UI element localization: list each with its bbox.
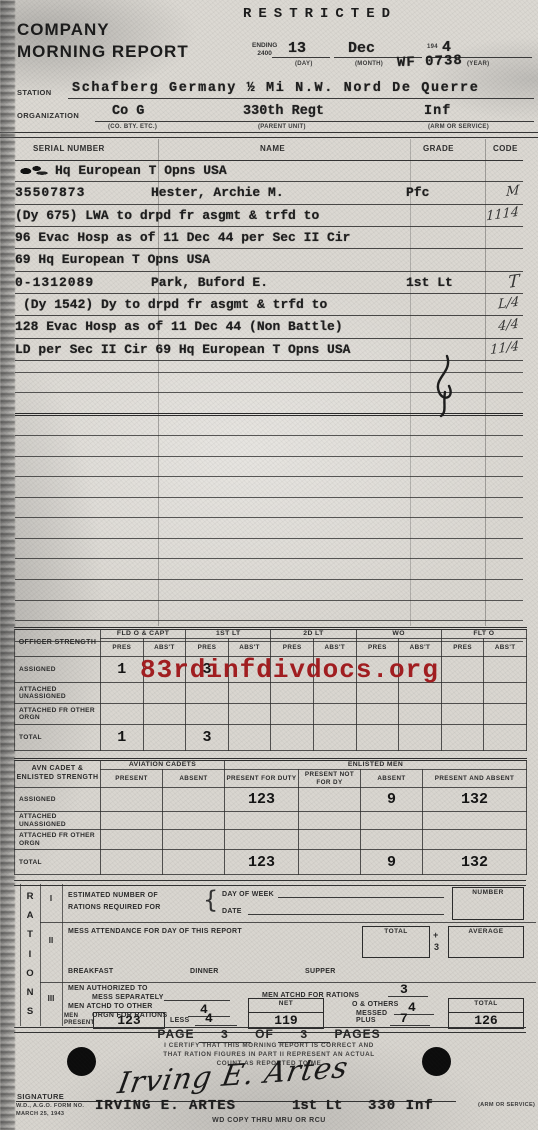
table-corner-label: AVN CADET & ENLISTED STRENGTH: [15, 760, 101, 788]
organization-company: Co G: [112, 104, 144, 119]
entry-text: 96 Evac Hosp as of 11 Dec 44 per Sec II …: [15, 230, 350, 245]
strength-cell-value: 9: [361, 788, 423, 812]
roster-header: SERIAL NUMBER NAME GRADE CODE: [15, 139, 523, 161]
roster-entry-line: 35507873Hester, Archie M.PfcM: [15, 182, 523, 204]
strength-cell-value: 132: [423, 788, 527, 812]
net-value: 119: [249, 1013, 323, 1028]
column-divider: [158, 139, 159, 626]
punch-hole-left: [67, 1047, 96, 1076]
entry-serial: 35507873: [15, 183, 135, 203]
organization-label: ORGANIZATION: [17, 111, 79, 120]
plus-label: PLUS: [356, 1017, 376, 1024]
less-blank: [195, 1025, 237, 1026]
rations-total-value: 126: [449, 1013, 523, 1028]
divide-by-three: 3: [434, 942, 439, 952]
entry-grade: Pfc: [406, 183, 476, 203]
form-number-line1: W.D., A.G.O. FORM NO.: [16, 1103, 84, 1109]
roster-entry-line: 128 Evac Hosp as of 11 Dec 44 (Non Battl…: [15, 316, 523, 338]
strength-cell-value: [186, 704, 229, 725]
supper-label: SUPPER: [305, 968, 336, 975]
punch-hole-right: [422, 1047, 451, 1076]
breakfast-label: BREAKFAST: [68, 968, 113, 975]
column-subheader: PRES: [101, 639, 144, 657]
number-box: NUMBER: [452, 887, 524, 920]
roster-entry-line: Hq European T Opns USA: [15, 160, 523, 182]
rations-vertical-letter: S: [22, 1002, 38, 1021]
strength-cell-value: [441, 704, 484, 725]
rations-section: RATIONS I II III ESTIMATED NUMBER OF RAT…: [0, 884, 538, 1026]
strength-cell-value: [313, 683, 356, 704]
roster-entries: Hq European T Opns USA 35507873Hester, A…: [15, 160, 523, 361]
strength-cell-value: [225, 812, 299, 830]
typed-signature-name: IRVING E. ARTES: [95, 1098, 236, 1114]
arm-service-caption: (ARM OR SERVICE): [428, 124, 489, 130]
part-divider: [40, 982, 536, 983]
rations-border: [20, 884, 21, 1026]
strength-row-label: ATTACHED FR OTHER ORGN: [15, 704, 101, 725]
o-and-others-label1: O & OTHERS: [352, 1001, 399, 1008]
entry-text: 128 Evac Hosp as of 11 Dec 44 (Non Battl…: [15, 319, 343, 334]
men-present-label2: PRESENT: [64, 1020, 94, 1026]
grade-column-header: GRADE: [423, 144, 454, 153]
strength-cell-value: 123: [225, 850, 299, 875]
wd-copy-note: WD COPY THRU MRU OR RCU: [0, 1117, 538, 1124]
strength-cell-value: [299, 812, 361, 830]
entry-name: Hester, Archie M.: [135, 183, 406, 203]
strength-cell-value: [361, 812, 423, 830]
blank-roster-row: [15, 457, 523, 478]
column-group-header: WO: [356, 629, 441, 639]
column-divider: [485, 139, 486, 626]
handwritten-code: M: [505, 181, 519, 203]
strength-cell-value: [399, 683, 442, 704]
section-rule: [0, 132, 538, 138]
strength-cell-value: [441, 683, 484, 704]
roster-entry-line: 69 Hq European T Opns USA: [15, 249, 523, 271]
strength-cell-value: [163, 850, 225, 875]
average-box-label: AVERAGE: [449, 928, 523, 935]
entry-grade: 1st Lt: [406, 273, 476, 293]
roster-entry-line: (Dy 675) LWA to drpd fr asgmt & trfd to1…: [15, 205, 523, 227]
page-label: PAGE: [157, 1027, 194, 1041]
rations-total-box: TOTAL: [448, 998, 524, 1013]
strength-cell-value: [101, 788, 163, 812]
strength-cell-value: [101, 830, 163, 850]
strength-cell-value: [313, 704, 356, 725]
strength-cell-value: 3: [186, 725, 229, 751]
strength-cell-value: [484, 725, 527, 751]
day-of-week-blank: [278, 897, 444, 898]
entry-text: (Dy 1542) Dy to drpd fr asgmt & trfd to: [15, 297, 327, 312]
strength-cell-value: [441, 657, 484, 683]
code-column-header: CODE: [493, 144, 518, 153]
plus-value: 7: [400, 1011, 408, 1026]
strength-cell-value: [228, 704, 271, 725]
form-number-line2: MARCH 25, 1943: [16, 1111, 64, 1117]
strength-cell-value: [143, 683, 186, 704]
strength-cell-value: 123: [225, 788, 299, 812]
strength-cell-value: [356, 704, 399, 725]
column-subheader: PRESENT NOT FOR DY: [299, 770, 361, 788]
strength-cell-value: 9: [361, 850, 423, 875]
page-count-line: PAGE 3 OF 3 PAGES: [0, 1027, 538, 1043]
strength-cell-value: [143, 704, 186, 725]
dinner-label: DINNER: [190, 968, 219, 975]
blank-roster-row: [15, 559, 523, 580]
roster-entry-line: 96 Evac Hosp as of 11 Dec 44 per Sec II …: [15, 227, 523, 249]
blank-roster-row: [15, 436, 523, 457]
estimated-rations-label2: RATIONS REQUIRED FOR: [68, 904, 161, 911]
form-title-line2: MORNING REPORT: [17, 42, 189, 62]
entry-text: Hq European T Opns USA: [55, 163, 227, 178]
net-box-label: NET: [249, 1000, 323, 1007]
strength-cell-value: [299, 830, 361, 850]
year-caption: (YEAR): [467, 61, 489, 67]
part-three-numeral: III: [41, 994, 61, 1003]
strength-cell-value: [356, 683, 399, 704]
blank-roster-row: [15, 539, 523, 560]
handwritten-code: 1114: [486, 202, 519, 227]
date-blank: [248, 914, 444, 915]
company-caption: (CO. BTY. ETC.): [108, 124, 157, 130]
officer-strength-table: OFFICER STRENGTHFLD O & CAPT1ST LT2D LTW…: [14, 627, 527, 751]
morning-report-scan: RESTRICTED COMPANY MORNING REPORT ENDING…: [0, 0, 538, 1130]
scan-edge-artifact: [0, 0, 15, 1130]
section-rule: [14, 880, 526, 886]
net-box: NET: [248, 998, 324, 1013]
ending-2400-label: ENDING 2400: [252, 42, 277, 58]
strength-cell-value: [143, 725, 186, 751]
strength-cell-value: [271, 704, 314, 725]
strength-cell-value: [299, 788, 361, 812]
enlisted-strength-table: AVN CADET & ENLISTED STRENGTHAVIATION CA…: [14, 758, 527, 875]
strength-cell-value: [228, 725, 271, 751]
rations-total-label: TOTAL: [449, 1000, 523, 1007]
roster-entry-line: 0-1312089Park, Buford E.1st LtT: [15, 272, 523, 294]
column-group-header: FLT O: [441, 629, 526, 639]
strength-cell-value: [399, 704, 442, 725]
organization-underline: [95, 121, 534, 122]
o-and-others-value: 4: [408, 1000, 416, 1015]
strength-row-label: TOTAL: [15, 850, 101, 875]
handwritten-code: 4/4: [498, 315, 519, 338]
atchd-other-label1: MEN ATCHD TO OTHER: [68, 1003, 153, 1010]
strength-cell-value: [271, 683, 314, 704]
column-subheader: PRESENT: [101, 770, 163, 788]
rations-vertical-letter: O: [22, 964, 38, 983]
mess-total-box: TOTAL: [362, 926, 430, 958]
rations-vertical-letter: N: [22, 983, 38, 1002]
entry-name: Park, Buford E.: [135, 273, 406, 293]
divide-sign: +: [433, 930, 439, 940]
strength-cell-value: [484, 683, 527, 704]
strength-cell-value: [101, 704, 144, 725]
plus-blank: [390, 1025, 430, 1026]
date-day-value: 13: [288, 40, 306, 57]
rations-vertical-letter: R: [22, 887, 38, 906]
ink-blot: [15, 164, 51, 177]
less-label: LESS: [170, 1017, 189, 1024]
column-subheader: PRESENT AND ABSENT: [423, 770, 527, 788]
strength-cell-value: [484, 657, 527, 683]
entry-text: 69 Hq European T Opns USA: [15, 252, 210, 267]
strength-cell-value: [163, 830, 225, 850]
strength-cell-value: [361, 830, 423, 850]
date-month-value: Dec: [348, 40, 375, 57]
column-subheader: ABS'T: [484, 639, 527, 657]
column-divider: [410, 139, 411, 626]
strength-cell-value: [399, 725, 442, 751]
number-box-label: NUMBER: [453, 889, 523, 896]
strength-cell-value: [484, 704, 527, 725]
strength-cell-value: [356, 725, 399, 751]
pages-label: PAGES: [335, 1027, 381, 1041]
column-group-header: 2D LT: [271, 629, 356, 639]
strength-cell-value: [163, 812, 225, 830]
strength-cell-value: 1: [101, 657, 144, 683]
strength-cell-value: [186, 683, 229, 704]
rations-vertical-label: RATIONS: [22, 887, 38, 1021]
mess-total-label: TOTAL: [363, 928, 429, 935]
strength-cell-value: [163, 788, 225, 812]
strength-cell-value: [441, 725, 484, 751]
column-subheader: ABSENT: [361, 770, 423, 788]
column-group-header: AVIATION CADETS: [101, 760, 225, 770]
rations-vertical-letter: I: [22, 945, 38, 964]
strength-cell-value: [101, 812, 163, 830]
typed-signature-unit: 330 Inf: [368, 1098, 434, 1114]
station-label: STATION: [17, 88, 52, 97]
month-caption: (MONTH): [355, 61, 383, 67]
organization-parent-unit: 330th Regt: [243, 104, 324, 119]
column-subheader: PRES: [441, 639, 484, 657]
rations-vertical-letter: A: [22, 906, 38, 925]
service-caption: (ARM OR SERVICE): [478, 1102, 535, 1110]
column-group-header: 1ST LT: [186, 629, 271, 639]
strength-row-label: ATTACHED FR OTHER ORGN: [15, 830, 101, 850]
average-box: AVERAGE: [448, 926, 524, 958]
signature-label: SIGNATURE: [17, 1092, 64, 1101]
strength-cell-value: [228, 683, 271, 704]
station-underline: [68, 98, 534, 99]
ending-label-bottom: 2400: [257, 50, 271, 57]
strength-cell-value: 132: [423, 850, 527, 875]
day-of-week-label: DAY OF WEEK: [222, 891, 274, 898]
organization-arm: Inf: [424, 104, 451, 119]
men-present-label1: MEN: [64, 1013, 78, 1019]
rations-border: [62, 884, 63, 1026]
handwritten-code: L/4: [497, 292, 519, 315]
column-subheader: ABSENT: [163, 770, 225, 788]
classification-banner: RESTRICTED: [243, 6, 397, 22]
of-label: OF: [255, 1027, 274, 1041]
ending-label-top: ENDING: [252, 42, 277, 49]
part-two-numeral: II: [41, 936, 61, 945]
page-value: 3: [199, 1028, 251, 1043]
rations-border: [40, 884, 41, 1026]
strength-cell-value: [313, 725, 356, 751]
column-group-header: FLD O & CAPT: [101, 629, 186, 639]
station-value: Schafberg Germany ½ Mi N.W. Nord De Quer…: [72, 81, 479, 96]
entry-text: (Dy 675) LWA to drpd fr asgmt & trfd to: [15, 208, 319, 223]
blank-roster-row: [15, 580, 523, 601]
column-subheader: PRESENT FOR DUTY: [225, 770, 299, 788]
received-stamp: WF 0738: [397, 53, 463, 71]
strength-row-label: ATTACHED UNASSIGNED: [15, 683, 101, 704]
atchd-for-rations-blank: [388, 996, 428, 997]
year-printed-prefix: 194: [427, 44, 438, 50]
parent-unit-caption: (PARENT UNIT): [258, 124, 306, 130]
blank-roster-row: [15, 498, 523, 519]
blank-roster-rows: [15, 352, 523, 642]
strength-cell-value: [101, 850, 163, 875]
atchd-for-rations-value: 3: [400, 982, 408, 997]
date-label: DATE: [222, 908, 242, 915]
part-one-numeral: I: [41, 894, 61, 903]
strength-row-label: ATTACHED UNASSIGNED: [15, 812, 101, 830]
less-value: 4: [205, 1011, 213, 1026]
pages-value: 3: [278, 1028, 330, 1043]
blank-roster-row: [15, 601, 523, 622]
form-title-line1: COMPANY: [17, 20, 110, 40]
strength-cell-value: [271, 725, 314, 751]
archive-watermark: 83rdinfdivdocs.org: [140, 655, 439, 685]
authorized-mess-label1: MEN AUTHORIZED TO: [68, 985, 148, 992]
blank-roster-row: [15, 477, 523, 498]
day-caption: (DAY): [295, 61, 313, 67]
rations-vertical-letter: T: [22, 925, 38, 944]
part-divider: [40, 922, 536, 923]
estimated-rations-label1: ESTIMATED NUMBER OF: [68, 892, 158, 899]
strength-cell-value: [101, 683, 144, 704]
strength-cell-value: [299, 850, 361, 875]
blank-roster-row: [15, 416, 523, 437]
brace-glyph: {: [203, 886, 218, 914]
table-corner-label: OFFICER STRENGTH: [15, 629, 101, 657]
authorized-mess-label2: MESS SEPARATELY: [92, 994, 164, 1001]
name-column-header: NAME: [260, 144, 285, 153]
strength-row-label: TOTAL: [15, 725, 101, 751]
column-group-header: ENLISTED MEN: [225, 760, 527, 770]
men-present-value: 123: [94, 1013, 164, 1028]
handwritten-squiggle: [423, 354, 465, 418]
mess-attendance-title: MESS ATTENDANCE FOR DAY OF THIS REPORT: [68, 928, 242, 935]
strength-row-label: ASSIGNED: [15, 657, 101, 683]
day-underline: [272, 57, 330, 58]
mess-separately-blank: [164, 1000, 230, 1001]
serial-number-column-header: SERIAL NUMBER: [33, 144, 105, 153]
strength-cell-value: [423, 812, 527, 830]
strength-row-label: ASSIGNED: [15, 788, 101, 812]
entry-serial: 0-1312089: [15, 273, 135, 293]
o-and-others-label2: MESSED: [356, 1010, 387, 1017]
strength-cell-value: 1: [101, 725, 144, 751]
strength-cell-value: [423, 830, 527, 850]
typed-signature-grade: 1st Lt: [292, 1098, 342, 1114]
strength-cell-value: [225, 830, 299, 850]
handwritten-code: T: [507, 271, 519, 293]
blank-roster-row: [15, 518, 523, 539]
roster-entry-line: (Dy 1542) Dy to drpd fr asgmt & trfd toL…: [15, 294, 523, 316]
